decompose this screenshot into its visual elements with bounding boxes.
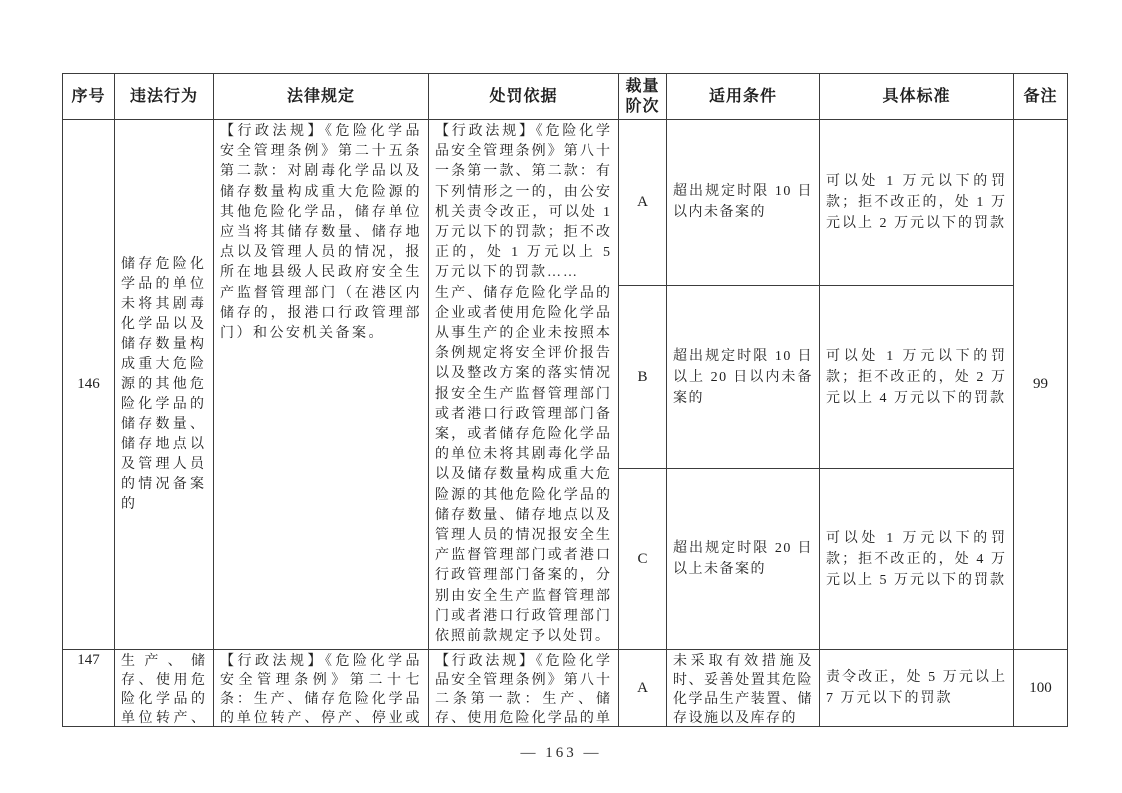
col-header-legal-basis: 法律规定 bbox=[214, 74, 429, 120]
table-row: 147 生产、储存、使用危险化学品的单位转产、停产、 【行政法规】《危险化学品安… bbox=[63, 650, 1068, 727]
row-147-legal-basis: 【行政法规】《危险化学品安全管理条例》第二十七条：生产、储存危险化学品的单位转产… bbox=[214, 650, 429, 727]
row-147-remark: 100 bbox=[1014, 650, 1068, 727]
col-header-violation: 违法行为 bbox=[115, 74, 214, 120]
document-page: { "page": { "footer_text": "— 163 —", "b… bbox=[0, 0, 1122, 793]
row-146-tier-a-standard: 可以处 1 万元以下的罚款；拒不改正的，处 1 万元以上 2 万元以下的罚款 bbox=[820, 120, 1014, 286]
col-header-condition: 适用条件 bbox=[667, 74, 820, 120]
row-146-tier-a-condition: 超出规定时限 10 日以内未备案的 bbox=[667, 120, 820, 286]
clipped-text: 【行政法规】《危险化学品安全管理条例》第八十二条第一款：生产、储存、使用危险化学… bbox=[435, 652, 612, 724]
row-147-tier-a-level: A bbox=[619, 650, 667, 727]
penalty-paragraph: 【行政法规】《危险化学品安全管理条例》第八十一条第一款、第二款：有下列情形之一的… bbox=[435, 122, 612, 284]
row-146-tier-c-level: C bbox=[619, 469, 667, 650]
col-header-seq: 序号 bbox=[63, 74, 115, 120]
row-146-tier-b-condition: 超出规定时限 10 日以上 20 日以内未备案的 bbox=[667, 285, 820, 469]
row-147-violation: 生产、储存、使用危险化学品的单位转产、停产、 bbox=[115, 650, 214, 727]
row-146-violation: 储存危险化学品的单位未将其剧毒化学品以及储存数量构成重大危险源的其他危险化学品的… bbox=[115, 120, 214, 650]
clipped-text: 未采取有效措施及时、妥善处置其危险化学品生产装置、储存设施以及库存的 bbox=[673, 652, 813, 724]
col-header-standard: 具体标准 bbox=[820, 74, 1014, 120]
row-147-tier-a-condition: 未采取有效措施及时、妥善处置其危险化学品生产装置、储存设施以及库存的 bbox=[667, 650, 820, 727]
row-146-tier-b-level: B bbox=[619, 285, 667, 469]
row-147-penalty-basis: 【行政法规】《危险化学品安全管理条例》第八十二条第一款：生产、储存、使用危险化学… bbox=[429, 650, 619, 727]
clipped-text: 【行政法规】《危险化学品安全管理条例》第二十七条：生产、储存危险化学品的单位转产… bbox=[220, 652, 422, 724]
row-147-tier-a-standard: 责令改正，处 5 万元以上 7 万元以下的罚款 bbox=[820, 650, 1014, 727]
clipped-text: 生产、储存、使用危险化学品的单位转产、停产、 bbox=[121, 652, 207, 724]
row-146-remark: 99 bbox=[1014, 120, 1068, 650]
penalty-paragraph: 生产、储存危险化学品的企业或者使用危险化学品从事生产的企业未按照本条例规定将安全… bbox=[435, 284, 612, 648]
row-146-seq: 146 bbox=[63, 120, 115, 650]
penalty-standards-table: 序号 违法行为 法律规定 处罚依据 裁量阶次 适用条件 具体标准 备注 146 … bbox=[62, 73, 1068, 727]
col-header-penalty-basis: 处罚依据 bbox=[429, 74, 619, 120]
row-146-legal-basis: 【行政法规】《危险化学品安全管理条例》第二十五条第二款：对剧毒化学品以及储存数量… bbox=[214, 120, 429, 650]
table-header-row: 序号 违法行为 法律规定 处罚依据 裁量阶次 适用条件 具体标准 备注 bbox=[63, 74, 1068, 120]
col-header-tier: 裁量阶次 bbox=[619, 74, 667, 120]
col-header-remark: 备注 bbox=[1014, 74, 1068, 120]
row-146-tier-c-condition: 超出规定时限 20 日以上未备案的 bbox=[667, 469, 820, 650]
row-147-seq: 147 bbox=[63, 650, 115, 727]
page-number: — 163 — bbox=[0, 745, 1122, 762]
row-146-tier-b-standard: 可以处 1 万元以下的罚款；拒不改正的，处 2 万元以上 4 万元以下的罚款 bbox=[820, 285, 1014, 469]
row-146-tier-a-level: A bbox=[619, 120, 667, 286]
row-146-penalty-basis: 【行政法规】《危险化学品安全管理条例》第八十一条第一款、第二款：有下列情形之一的… bbox=[429, 120, 619, 650]
table-row: 146 储存危险化学品的单位未将其剧毒化学品以及储存数量构成重大危险源的其他危险… bbox=[63, 120, 1068, 286]
row-146-tier-c-standard: 可以处 1 万元以下的罚款；拒不改正的，处 4 万元以上 5 万元以下的罚款 bbox=[820, 469, 1014, 650]
